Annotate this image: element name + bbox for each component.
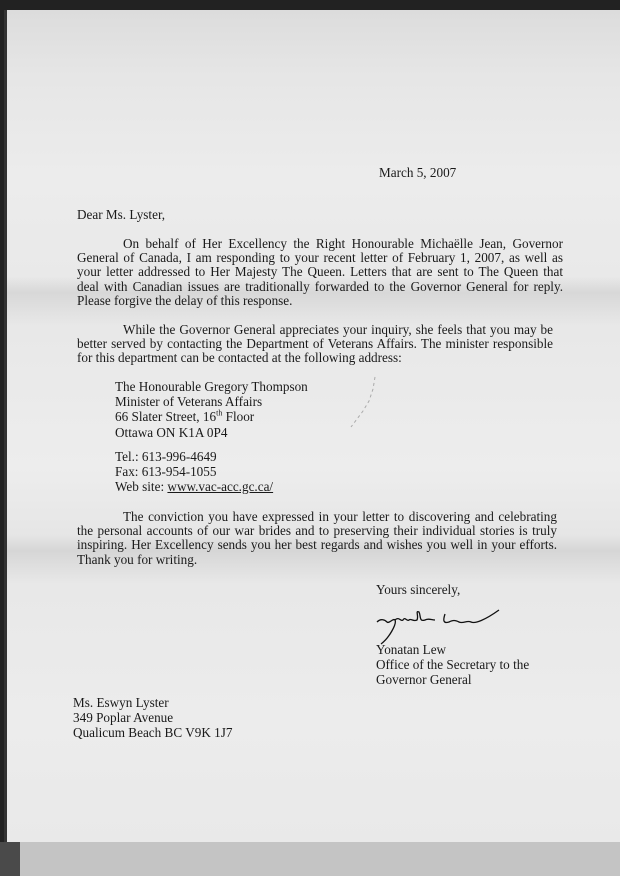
salutation: Dear Ms. Lyster, bbox=[77, 208, 165, 222]
closing: Yours sincerely, bbox=[376, 583, 460, 597]
contact-tel: Tel.: 613-996-4649 bbox=[115, 450, 217, 464]
signer-name: Yonatan Lew bbox=[376, 643, 446, 657]
signer-office-line2: Governor General bbox=[376, 673, 472, 687]
contact-name: The Honourable Gregory Thompson bbox=[115, 380, 308, 394]
paragraph-3-text: The conviction you have expressed in you… bbox=[77, 510, 557, 567]
contact-street: 66 Slater Street, 16th Floor bbox=[115, 410, 254, 424]
recipient-street: 349 Poplar Avenue bbox=[73, 711, 173, 725]
paragraph-3: The conviction you have expressed in you… bbox=[77, 510, 557, 567]
letter-date: March 5, 2007 bbox=[379, 166, 456, 180]
signer-office-line1: Office of the Secretary to the bbox=[376, 658, 529, 672]
paragraph-1: On behalf of Her Excellency the Right Ho… bbox=[77, 237, 563, 308]
street-floor: Floor bbox=[222, 409, 254, 424]
web-label: Web site: bbox=[115, 479, 167, 494]
paragraph-1-text: On behalf of Her Excellency the Right Ho… bbox=[77, 237, 563, 308]
scanner-bed-strip bbox=[20, 842, 620, 876]
recipient-city: Qualicum Beach BC V9K 1J7 bbox=[73, 726, 232, 740]
recipient-name: Ms. Eswyn Lyster bbox=[73, 696, 169, 710]
paragraph-2-text: While the Governor General appreciates y… bbox=[77, 323, 553, 366]
paragraph-2: While the Governor General appreciates y… bbox=[77, 323, 553, 366]
letter-page: March 5, 2007 Dear Ms. Lyster, On behalf… bbox=[4, 10, 620, 842]
contact-city: Ottawa ON K1A 0P4 bbox=[115, 426, 227, 440]
contact-title: Minister of Veterans Affairs bbox=[115, 395, 262, 409]
contact-web: Web site: www.vac-acc.gc.ca/ bbox=[115, 480, 273, 494]
scan-artifact bbox=[337, 375, 387, 435]
street-number: 66 Slater Street, 16 bbox=[115, 409, 216, 424]
contact-fax: Fax: 613-954-1055 bbox=[115, 465, 216, 479]
web-link[interactable]: www.vac-acc.gc.ca/ bbox=[167, 479, 273, 494]
scanner-edge bbox=[0, 842, 22, 876]
